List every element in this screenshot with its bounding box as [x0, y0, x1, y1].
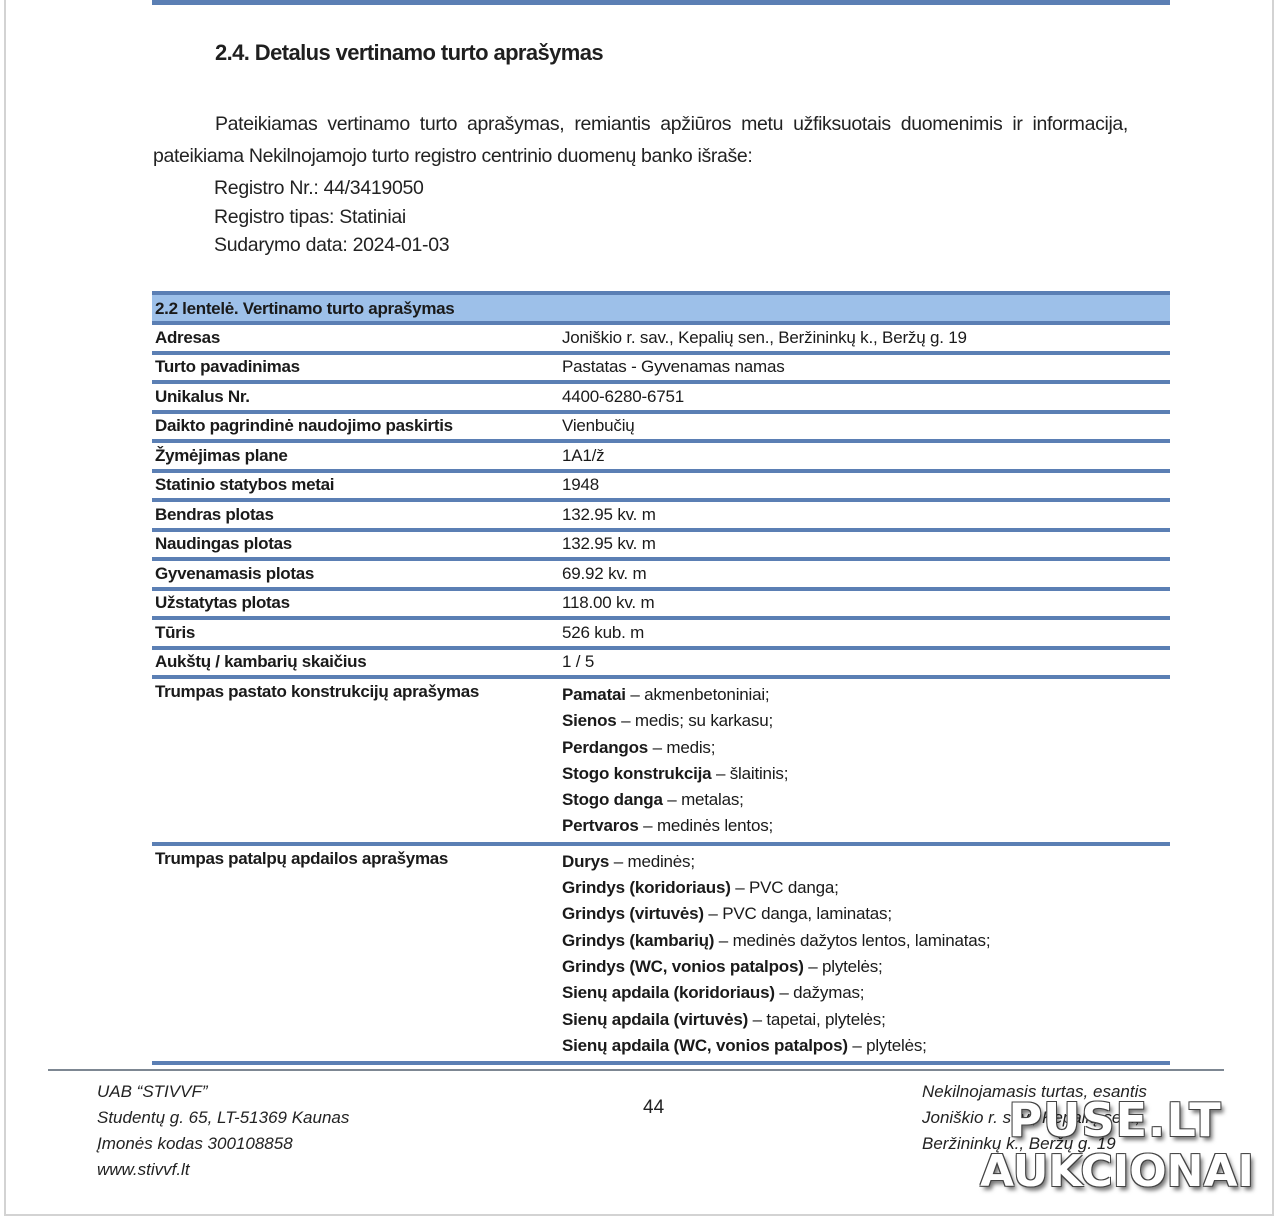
item-separator: –: [775, 983, 793, 1002]
item-key: Sienų apdaila (virtuvės): [562, 1010, 748, 1029]
table-row: Užstatytas plotas118.00 kv. m: [152, 591, 1170, 621]
item-value: medis; su karkasu;: [635, 711, 773, 730]
description-item: Grindys (virtuvės) – PVC danga, laminata…: [562, 901, 990, 927]
watermark: PUSE.LT AUKCIONAI: [980, 1094, 1250, 1198]
company-code: Įmonės kodas 300108858: [97, 1131, 349, 1157]
item-separator: –: [663, 790, 681, 809]
item-separator: –: [704, 904, 722, 923]
row-value: Joniškio r. sav., Kepalių sen., Beržinin…: [562, 328, 967, 348]
item-separator: –: [711, 764, 729, 783]
row-value: 1 / 5: [562, 652, 594, 672]
row-value: 132.95 kv. m: [562, 505, 656, 525]
row-label: Naudingas plotas: [152, 534, 562, 554]
company-website[interactable]: www.stivvf.lt: [97, 1157, 349, 1183]
row-label: Unikalus Nr.: [152, 387, 562, 407]
table-row: Unikalus Nr.4400-6280-6751: [152, 384, 1170, 414]
item-key: Sienų apdaila (koridoriaus): [562, 983, 775, 1002]
property-description-table: 2.2 lentelė. Vertinamo turto aprašymas A…: [152, 291, 1170, 1065]
item-separator: –: [804, 957, 822, 976]
row-value: 118.00 kv. m: [562, 593, 654, 613]
row-value: 132.95 kv. m: [562, 534, 656, 554]
registry-type: Registro tipas: Statiniai: [214, 203, 449, 232]
item-key: Stogo danga: [562, 790, 663, 809]
description-item: Stogo danga – metalas;: [562, 787, 788, 813]
header-rule: [152, 0, 1170, 5]
description-item: Grindys (koridoriaus) – PVC danga;: [562, 875, 990, 901]
footer-company-info: UAB “STIVVF” Studentų g. 65, LT-51369 Ka…: [97, 1079, 349, 1183]
item-key: Perdangos: [562, 738, 648, 757]
row-label: Užstatytas plotas: [152, 593, 562, 613]
item-value: tapetai, plytelės;: [766, 1010, 885, 1029]
item-value: medinės dažytos lentos, laminatas;: [733, 931, 991, 950]
table-rows: AdresasJoniškio r. sav., Kepalių sen., B…: [152, 325, 1170, 679]
intro-paragraph: Pateikiamas vertinamo turto aprašymas, r…: [153, 108, 1128, 172]
page-number: 44: [643, 1097, 664, 1119]
item-separator: –: [639, 816, 657, 835]
watermark-line-1: PUSE.LT: [980, 1094, 1250, 1146]
row-value: 526 kub. m: [562, 623, 644, 643]
item-value: akmenbetoniniai;: [644, 685, 769, 704]
description-item: Durys – medinės;: [562, 849, 990, 875]
description-item: Pamatai – akmenbetoniniai;: [562, 682, 788, 708]
row-value: 1948: [562, 475, 599, 495]
registry-number: Registro Nr.: 44/3419050: [214, 174, 449, 203]
item-separator: –: [648, 738, 666, 757]
row-value: 1A1/ž: [562, 446, 604, 466]
item-separator: –: [617, 711, 635, 730]
construction-list: Pamatai – akmenbetoniniai;Sienos – medis…: [562, 679, 788, 842]
registry-info: Registro Nr.: 44/3419050 Registro tipas:…: [214, 174, 449, 260]
table-row: Bendras plotas132.95 kv. m: [152, 502, 1170, 532]
finish-list: Durys – medinės;Grindys (koridoriaus) – …: [562, 846, 990, 1061]
description-item: Grindys (kambarių) – medinės dažytos len…: [562, 928, 990, 954]
row-value: Vienbučių: [562, 416, 635, 436]
table-caption: 2.2 lentelė. Vertinamo turto aprašymas: [152, 291, 1170, 325]
company-name: UAB “STIVVF”: [97, 1079, 349, 1105]
row-label: Aukštų / kambarių skaičius: [152, 652, 562, 672]
description-item: Grindys (WC, vonios patalpos) – plytelės…: [562, 954, 990, 980]
table-row-construction: Trumpas pastato konstrukcijų aprašymas P…: [152, 679, 1170, 846]
table-row: AdresasJoniškio r. sav., Kepalių sen., B…: [152, 325, 1170, 355]
item-separator: –: [714, 931, 732, 950]
item-key: Pamatai: [562, 685, 626, 704]
table-row: Daikto pagrindinė naudojimo paskirtisVie…: [152, 414, 1170, 444]
item-value: PVC danga, laminatas;: [722, 904, 892, 923]
item-value: plytelės;: [866, 1036, 927, 1055]
item-key: Sienos: [562, 711, 617, 730]
item-separator: –: [609, 852, 627, 871]
row-label: Žymėjimas plane: [152, 446, 562, 466]
item-key: Grindys (koridoriaus): [562, 878, 731, 897]
description-item: Sienų apdaila (virtuvės) – tapetai, plyt…: [562, 1007, 990, 1033]
row-value: 4400-6280-6751: [562, 387, 684, 407]
item-key: Grindys (WC, vonios patalpos): [562, 957, 804, 976]
row-label: Gyvenamasis plotas: [152, 564, 562, 584]
table-row: Naudingas plotas132.95 kv. m: [152, 532, 1170, 562]
row-value: Pastatas - Gyvenamas namas: [562, 357, 785, 377]
item-value: medinės;: [628, 852, 695, 871]
row-label: Turto pavadinimas: [152, 357, 562, 377]
row-label: Trumpas pastato konstrukcijų aprašymas: [152, 679, 562, 702]
row-label: Tūris: [152, 623, 562, 643]
watermark-line-2: AUKCIONAI: [980, 1146, 1250, 1198]
item-key: Grindys (virtuvės): [562, 904, 704, 923]
description-item: Sienų apdaila (WC, vonios patalpos) – pl…: [562, 1033, 990, 1059]
table-row: Statinio statybos metai1948: [152, 473, 1170, 503]
description-item: Stogo konstrukcija – šlaitinis;: [562, 761, 788, 787]
item-value: medis;: [666, 738, 715, 757]
row-label: Trumpas patalpų apdailos aprašymas: [152, 846, 562, 869]
item-separator: –: [731, 878, 749, 897]
intro-text: Pateikiamas vertinamo turto aprašymas, r…: [153, 113, 1128, 167]
item-key: Stogo konstrukcija: [562, 764, 711, 783]
description-item: Sienos – medis; su karkasu;: [562, 708, 788, 734]
section-title: 2.4. Detalus vertinamo turto aprašymas: [215, 40, 603, 66]
description-item: Pertvaros – medinės lentos;: [562, 813, 788, 839]
description-item: Sienų apdaila (koridoriaus) – dažymas;: [562, 980, 990, 1006]
registry-date: Sudarymo data: 2024-01-03: [214, 231, 449, 260]
row-label: Daikto pagrindinė naudojimo paskirtis: [152, 416, 562, 436]
item-separator: –: [626, 685, 644, 704]
item-value: plytelės;: [822, 957, 883, 976]
description-item: Perdangos – medis;: [562, 735, 788, 761]
item-value: medinės lentos;: [657, 816, 773, 835]
item-separator: –: [748, 1010, 766, 1029]
item-key: Sienų apdaila (WC, vonios patalpos): [562, 1036, 848, 1055]
item-key: Grindys (kambarių): [562, 931, 714, 950]
row-label: Adresas: [152, 328, 562, 348]
item-key: Pertvaros: [562, 816, 639, 835]
row-label: Bendras plotas: [152, 505, 562, 525]
item-value: dažymas;: [793, 983, 864, 1002]
table-row-finish: Trumpas patalpų apdailos aprašymas Durys…: [152, 846, 1170, 1065]
row-label: Statinio statybos metai: [152, 475, 562, 495]
item-value: šlaitinis;: [730, 764, 788, 783]
row-value: 69.92 kv. m: [562, 564, 646, 584]
company-address: Studentų g. 65, LT-51369 Kaunas: [97, 1105, 349, 1131]
table-row: Aukštų / kambarių skaičius1 / 5: [152, 650, 1170, 680]
footer-rule: [48, 1069, 1224, 1071]
table-row: Žymėjimas plane1A1/ž: [152, 443, 1170, 473]
item-value: PVC danga;: [749, 878, 839, 897]
item-separator: –: [848, 1036, 866, 1055]
table-row: Tūris526 kub. m: [152, 620, 1170, 650]
item-key: Durys: [562, 852, 609, 871]
table-row: Turto pavadinimasPastatas - Gyvenamas na…: [152, 355, 1170, 385]
table-row: Gyvenamasis plotas69.92 kv. m: [152, 561, 1170, 591]
item-value: metalas;: [681, 790, 744, 809]
